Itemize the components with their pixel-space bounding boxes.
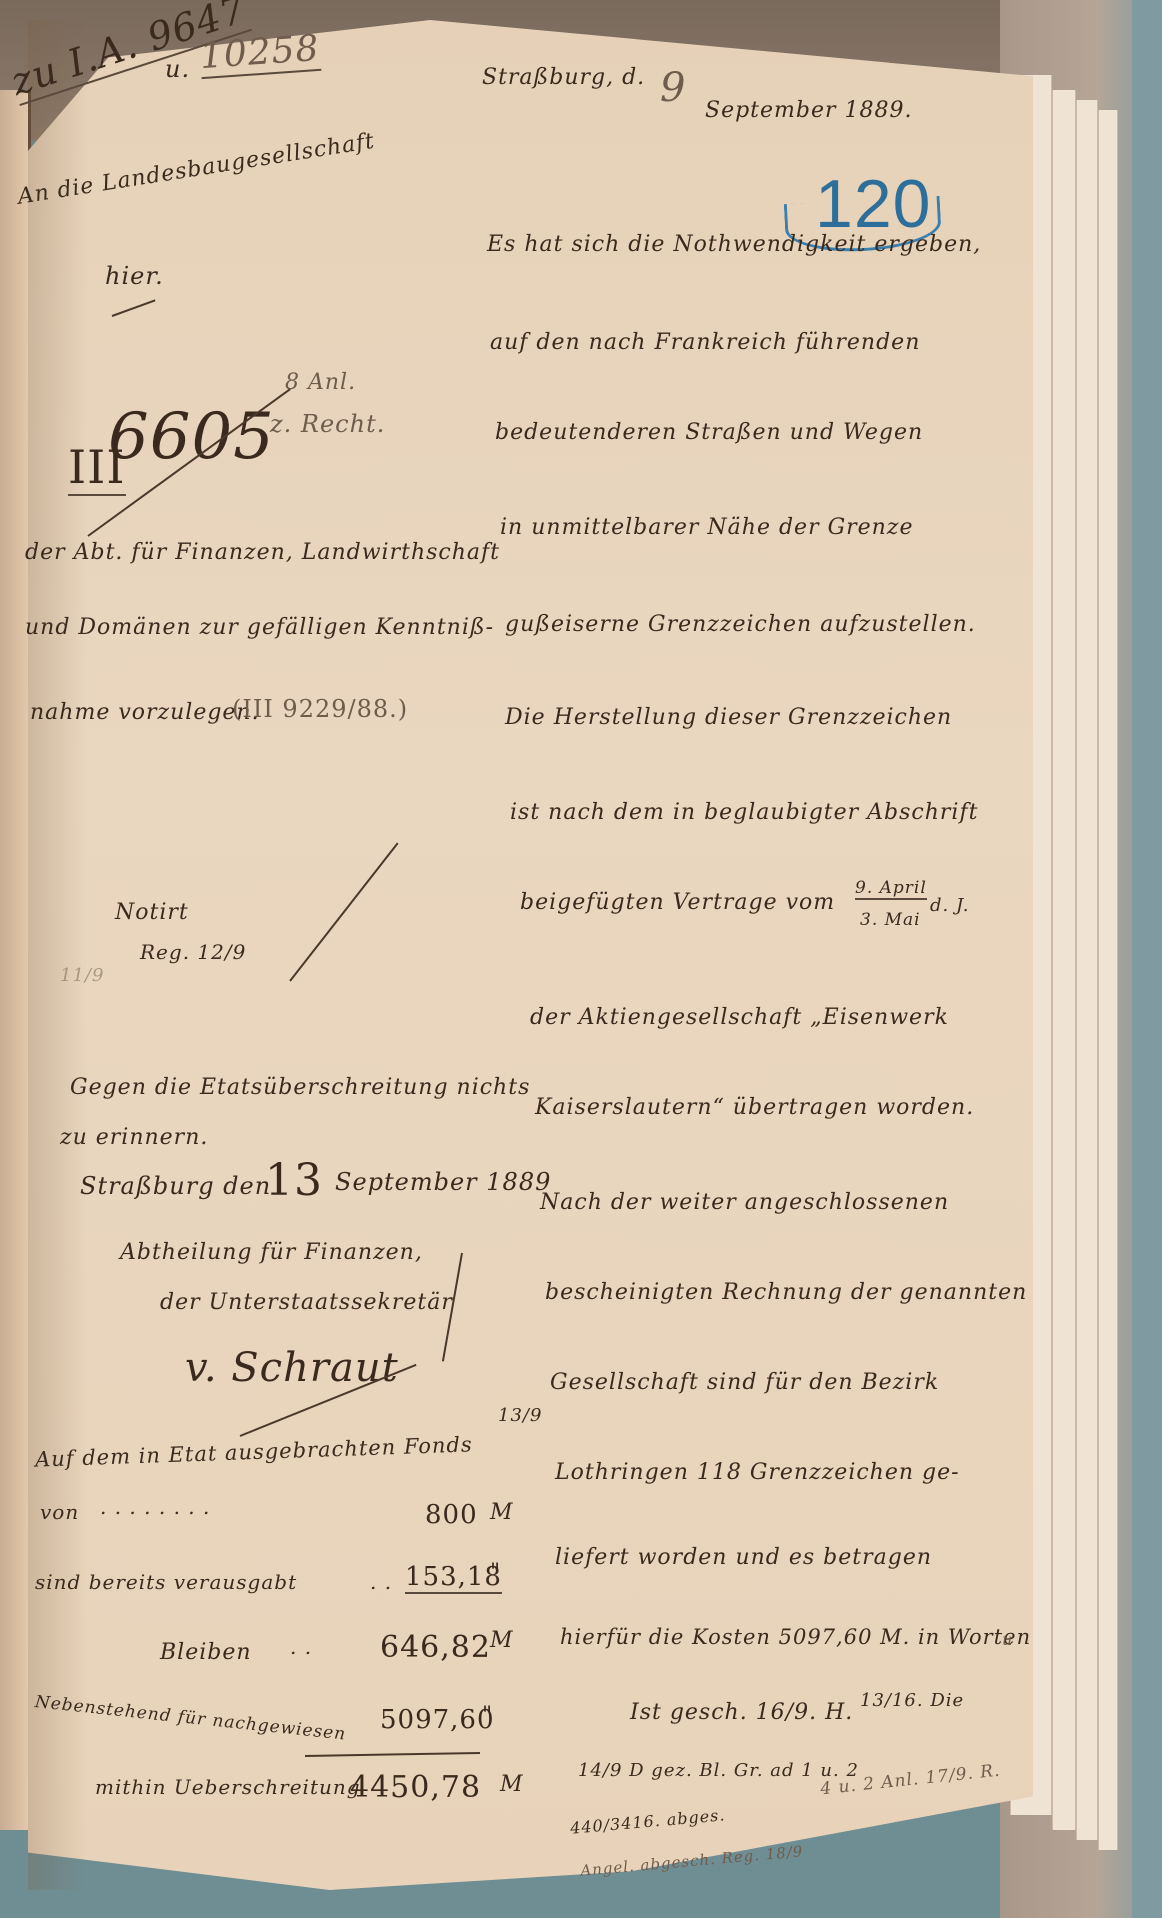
accounts-amount: 153,18 xyxy=(405,1562,502,1594)
in-words-suffix: u xyxy=(1002,1630,1013,1649)
accounts-label: mithin Ueberschreitung xyxy=(95,1775,361,1799)
body-line: ist nach dem in beglaubigter Abschrift xyxy=(510,800,978,825)
contract-date-suffix: d. J. xyxy=(930,895,970,916)
body-line: Nach der weiter angeschlossenen xyxy=(540,1190,949,1215)
addressee-line2: hier. xyxy=(105,262,164,290)
instruction-line-3: nahme vorzulegen. xyxy=(30,700,260,725)
accounts-amount: 800 xyxy=(425,1500,478,1530)
body-line: Kaiserslautern“ übertragen worden. xyxy=(535,1095,974,1120)
journal-note-1: 8 Anl. xyxy=(285,370,356,395)
journal-num: 6605 xyxy=(108,400,275,474)
body-line: in unmittelbarer Nähe der Grenze xyxy=(500,515,913,540)
accounts-unit: M xyxy=(490,1500,514,1525)
dated-month-year: September 1889 xyxy=(335,1168,551,1196)
accounts-leader: . . . . . . . . xyxy=(100,1495,210,1519)
body-line: der Aktiengesellschaft „Eisenwerk xyxy=(530,1005,949,1030)
body-line: Lothringen 118 Grenzzeichen ge- xyxy=(555,1460,960,1485)
body-line: Die Herstellung dieser Grenzzeichen xyxy=(505,705,952,730)
journal-note-2: z. Recht. xyxy=(270,410,385,438)
gutter-shadow xyxy=(28,20,88,1890)
body-line: Gesellschaft sind für den Bezirk xyxy=(550,1370,939,1395)
body-line: Es hat sich die Nothwendigkeit ergeben, xyxy=(487,232,981,257)
margin-pencil-note: 11/9 xyxy=(60,965,104,986)
body-line: beigefügten Vertrage vom xyxy=(520,890,835,915)
body-line: auf den nach Frankreich führenden xyxy=(490,330,920,355)
dateline-day: 9 xyxy=(660,65,686,111)
body-line: liefert worden und es betragen xyxy=(555,1545,932,1570)
notation-line-1: Notirt xyxy=(115,900,189,925)
accounts-leader: . . xyxy=(370,1570,392,1594)
body-line: gußeiserne Grenzzeichen aufzustellen. xyxy=(505,612,976,637)
department-line-2: der Unterstaatssekretär xyxy=(160,1290,453,1315)
page-stack-edge xyxy=(1076,100,1098,1840)
accounts-label: sind bereits verausgabt xyxy=(35,1570,297,1594)
accounts-amount: 646,82 xyxy=(380,1630,491,1665)
accounts-amount: 4450,78 xyxy=(350,1770,481,1805)
objection-line-1: Gegen die Etatsüberschreitung nichts xyxy=(70,1075,530,1100)
page-stack-edge xyxy=(1098,110,1118,1850)
dated-place: Straßburg den xyxy=(80,1172,271,1200)
reference-connector: u. xyxy=(165,55,190,83)
table-surface xyxy=(1132,0,1162,1918)
accounts-amount: 5097,60 xyxy=(380,1705,495,1735)
accounts-label: von xyxy=(40,1500,79,1524)
contract-date-upper: 9. April xyxy=(855,878,927,900)
page-stack-edge xyxy=(1052,90,1076,1830)
instruction-line-2: und Domänen zur gefälligen Kenntniß- xyxy=(25,615,494,640)
department-line-1: Abtheilung für Finanzen, xyxy=(120,1240,423,1265)
footer-note: 13/16. Die xyxy=(860,1690,964,1711)
body-line: hierfür die Kosten 5097,60 M. in Worten xyxy=(560,1625,1031,1649)
left-page-edge xyxy=(0,90,31,1830)
instruction-line-1: der Abt. für Finanzen, Landwirthschaft xyxy=(25,540,500,565)
footer-note: 14/9 D gez. Bl. Gr. ad 1 u. 2 xyxy=(578,1760,859,1781)
body-line: bescheinigten Rechnung der genannten xyxy=(545,1280,1027,1305)
accounts-label: Bleiben xyxy=(160,1640,252,1665)
dated-day: 13 xyxy=(265,1155,323,1206)
accounts-unit: " xyxy=(490,1560,501,1585)
dateline-month-year: September 1889. xyxy=(705,98,913,123)
objection-line-2: zu erinnern. xyxy=(60,1125,208,1150)
notation-line-2: Reg. 12/9 xyxy=(140,940,246,964)
accounts-unit: M xyxy=(500,1772,524,1797)
reference-number: 10258 xyxy=(199,28,321,79)
accounts-unit: " xyxy=(482,1703,493,1728)
body-line: bedeutenderen Straßen und Wegen xyxy=(495,420,923,445)
dateline-place: Straßburg, d. xyxy=(482,65,645,90)
footer-note: Ist gesch. 16/9. H. xyxy=(630,1700,853,1725)
date-mark: 13/9 xyxy=(498,1405,542,1426)
accounts-unit: M xyxy=(490,1628,514,1653)
prior-reference: (III 9229/88.) xyxy=(232,695,408,723)
contract-date-lower: 3. Mai xyxy=(860,910,921,930)
accounts-leader: . . xyxy=(290,1635,312,1659)
